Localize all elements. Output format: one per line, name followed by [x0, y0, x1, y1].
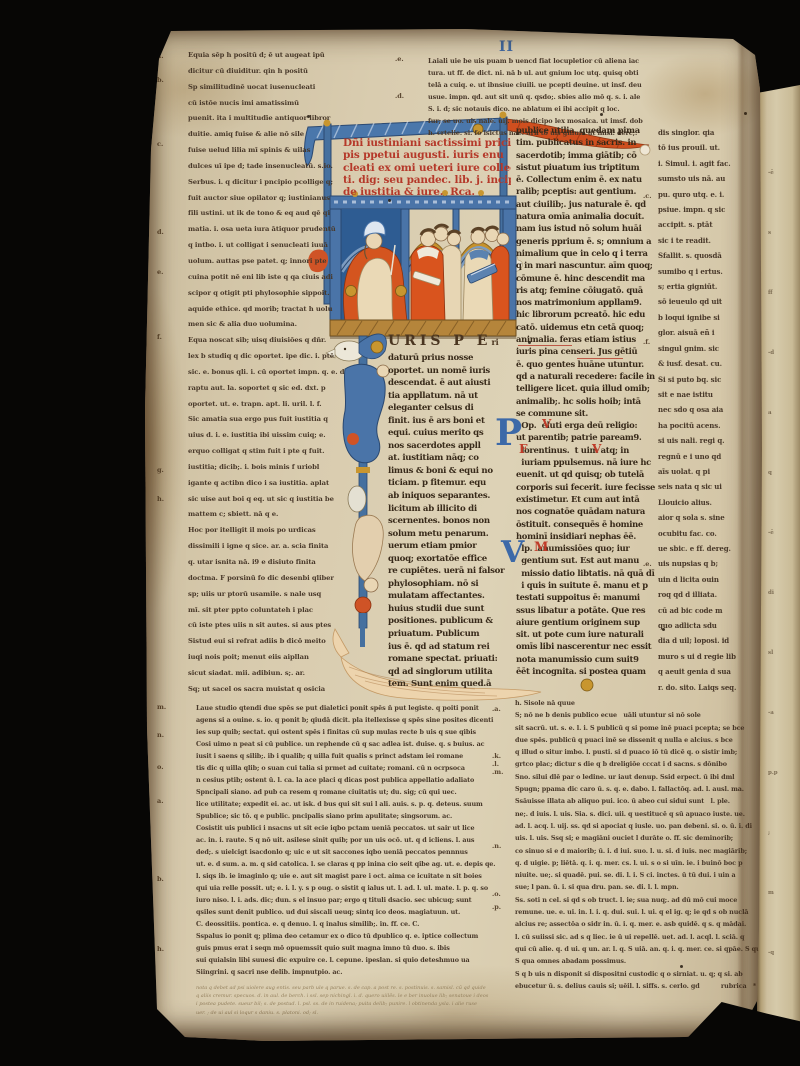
edge-mark: -ē [768, 170, 774, 176]
gloss-line: sui quialsin libi suuesi dic expuire ce.… [196, 954, 509, 966]
rubric-line: ti. dig: seu pandec. lib. j. incip [343, 174, 511, 186]
text-line: oportet. un nomē iuris [388, 365, 507, 378]
edge-mark: -ē [768, 530, 774, 536]
gloss-line: glor. aisuā eñ i [658, 325, 759, 340]
text-line: ris atq; femine cōiugatō. quā [516, 284, 656, 296]
text-line: generis pprium ē. s; omnium a [516, 235, 656, 247]
margin-letter: h. [157, 495, 164, 503]
gloss-line: uius d. i. e. iustitia ibi uissim cuiq; … [188, 428, 346, 444]
draped-figure [343, 364, 385, 463]
text-line: iuris pina censeri. Jus gētiū [516, 345, 656, 357]
gloss-line: guis pmus erat i seqn mō opuemssit quio … [196, 942, 509, 954]
cursive-line: i postea pudete. sueur bil; s. de postud… [196, 1000, 536, 1008]
cursive-line: q aliis cremur. specuos. d. in aul. de b… [196, 992, 536, 1000]
text-line: testati suppoitus ē: manumi [516, 591, 656, 603]
text-line: ē. quo gentes huāne utuntur. [516, 358, 656, 370]
gloss-line: co sinuo si e d maiorib; ū. i. d iui. su… [515, 845, 760, 857]
gloss-line: sp; uiis ur ptorū usamile. s nale usq [188, 587, 346, 603]
gloss-line: oportet. ut. e. trapn. apt. li. uril. l.… [188, 397, 346, 413]
margin-letter: d. [157, 228, 164, 236]
photo-black-background: { "manuscript": {"folio_mark": "II"}, "r… [0, 0, 800, 1066]
gloss-line: h. Sisole nā quue [515, 697, 760, 709]
text-line: sit. ut pote cum iure naturali [516, 628, 656, 640]
text-line: sistut piuatum ius triptitum [516, 161, 656, 173]
margin-letter: o. [157, 763, 163, 771]
gloss-line: ut. e. d sum. a. m. q sid catolica. l. s… [196, 858, 509, 870]
text-line: descendat. ē aut aiusti [388, 377, 507, 390]
manuscript-page: II [145, 29, 762, 1041]
gloss-line: Equia sēp h positū d; ē ut augeat ipū [188, 48, 346, 64]
text-line: q in mari nascuntur. aīm quoq; [516, 259, 656, 271]
gloss-line: uolum. auttas pse patet. q; innori pte [188, 254, 346, 270]
text-line: animalib;. hc solis hoib; intā [516, 395, 656, 407]
gloss-line: sic. e. bonus qli. i. cū oportet impn. q… [188, 365, 346, 381]
gloss-line: C. deossitiis. pontica. e. q denuo. l. q… [196, 918, 509, 930]
text-line: solum metu penarum. [388, 528, 507, 541]
text-line: aiure gentium originem sup [516, 616, 656, 628]
gloss-line: dis singlor. qia [658, 125, 759, 140]
gloss-line: iuqi nois poit; menut eiis aipllan [188, 650, 346, 666]
text-line: tim. publicatus in sacris. in [516, 136, 656, 148]
gloss-line: agens si a ouine. s. io. q ponit b; qiud… [196, 714, 509, 726]
rubric-incipit: Dñi iustiniani sactissimi pricipis ppetu… [343, 137, 511, 198]
margin-letter: m. [157, 703, 166, 711]
gloss-line: doctma. F porsinū fo dic desenbi qliber [188, 571, 346, 587]
gloss-line: Hoc por itelligit il mois po urdicas [188, 523, 346, 539]
gloss-line: q intbo. i. ut colligat i senucleati iuu… [188, 238, 346, 254]
gloss-line: dia d uil; loposi. id [658, 633, 759, 648]
text-line: positiones. publicum & [388, 615, 507, 628]
edge-mark: p.p [768, 770, 778, 776]
text-line: iuriam ppulsemus. nā iure hc [516, 456, 656, 468]
edge-mark: ff [768, 290, 773, 296]
gloss-line: Spugn; ppama dic caro ū. s. q. e. dabo. … [515, 783, 760, 795]
gloss-line: men sic & alia duo uolumina. [188, 317, 346, 333]
crown [364, 221, 385, 237]
gloss-line: qui uia relle possit. ut; e. i. l. y. s … [196, 882, 509, 894]
gloss-line: q. utar isnita nā. i9 e disiuto finita [188, 555, 346, 571]
text-line: limus & boni & equi no [388, 465, 507, 478]
gloss-line: mī. sit pter ppto coluntateh i plac [188, 603, 346, 619]
gloss-line: scipor q otigit pti phylosophie sippoit. [188, 286, 346, 302]
text-line: at. iustitiam nāq; co [388, 452, 507, 465]
text-line: aut ciuilib;. jus naturale ē. qd [516, 198, 656, 210]
gloss-line: iuro niso. l. i. ads. dic; dun. s el ins… [196, 894, 509, 906]
wing [359, 334, 386, 359]
gloss-line: ebucetur ū. s. delius cauis si; uēil. l.… [515, 980, 760, 992]
gloss-line: Sistud eui si refrat adiis b dicō meito [188, 634, 346, 650]
gloss-line: cū iste ptes uiis n sit autes. si aus pt… [188, 618, 346, 634]
edge-mark: ; [768, 830, 770, 836]
margin-letter: a. [157, 52, 163, 60]
gloss-line: roq qd d illiata. [658, 587, 759, 602]
margin-letter: f. [157, 333, 162, 341]
text-line: huius studii due sunt [388, 603, 507, 616]
gold-lunette [456, 242, 502, 265]
gloss-line: Cosistit uis publici i nsacns ut sit eci… [196, 822, 509, 834]
gloss-line: mattem c; sbiett. nā q e. [188, 507, 346, 523]
margin-letter: h. [157, 945, 164, 953]
gloss-line: telā a cuiq. e. ut ibnsiue ciuili. ue pc… [428, 79, 759, 91]
gloss-line: sic i te readit. [658, 233, 759, 248]
edge-mark: -q [768, 950, 774, 956]
gloss-line: Equa noscat sib; uisq diuisiōes q dñr. [188, 333, 346, 349]
text-line: missio datio libtatis. nā quā dī [516, 567, 656, 579]
gloss-line: ocubitu fac. co. [658, 526, 759, 541]
gloss-line: si uis nali. regi q. [658, 433, 759, 448]
sword-scabbard [467, 263, 498, 283]
gloss-line: raptu aut. la. soportet q sic ed. dxt. p [188, 381, 346, 397]
bottom-left-gloss: Laue studio qtendi due spēs se put diale… [196, 702, 509, 978]
edge-mark: q [768, 470, 772, 476]
gloss-line: niuite. ue;. si quadē. pui. se. di. l. i… [515, 869, 760, 881]
gloss-line: dulces uī ipe d; tade insenucleatū. s.io… [188, 159, 346, 175]
gloss-line: dicitur cū diuiditur. qin h positū [188, 64, 346, 80]
gloss-line: s; ertia gigniūt. [658, 279, 759, 294]
text-line: tem. Sunt enim qued.ā [388, 678, 507, 691]
gold-besant [581, 679, 593, 691]
jurists-middle-group [411, 225, 461, 321]
gloss-line: nec sdo q osa aia [658, 402, 759, 417]
text-line: equi. cuius merito qs [388, 427, 507, 440]
gloss-line: cū istōe nucis imi amatissimū [188, 96, 346, 112]
text-line: priuatum. Publicum [388, 628, 507, 641]
text-line: catō. uidemus etn cetā quoq; [516, 321, 656, 333]
gloss-line: Sq; ut sacel os sacra muistat q osicia [188, 682, 346, 698]
gloss-line: sō ieueulo qd uit [658, 294, 759, 309]
text-line: mulatam affectantes. [388, 590, 507, 603]
text-line: animalia. feras etiam istius [516, 333, 656, 345]
text-line: licitum ab illicito di [388, 503, 507, 516]
gloss-line: Ss. soti n cel. si qd s ob truct. l. ie;… [515, 894, 760, 906]
text-line: hominī insidiari nephas ēē. [516, 530, 656, 542]
gloss-line: iustitia; dicib;. i. bois minis f uriobl [188, 460, 346, 476]
jurists-right-group [463, 227, 509, 321]
gloss-line: Laue studio qtendi due spēs se put diale… [196, 702, 509, 714]
text-line: corporis sui fecerit. iure fecisse [516, 481, 656, 493]
text-line: natura omīa animalia docuit. [516, 210, 656, 222]
gloss-line: quo adlicta sdu [658, 618, 759, 633]
margin-letter: b. [157, 76, 164, 84]
book-fore-edge: -ēsff-daq-ēdisl-ap.p;m-q [757, 85, 800, 1043]
gloss-line: sumsto uis nā. au [658, 171, 759, 186]
text-line: nos matrimonium appllam9. [516, 296, 656, 308]
margin-letter: a. [157, 797, 163, 805]
text-line: cōmune ē. hinc descendit ma [516, 272, 656, 284]
gloss-line: sumibo q i ertus. [658, 264, 759, 279]
text-line: nam ius istud nō solum huāi [516, 222, 656, 234]
gloss-line: sit e nae istitu [658, 387, 759, 402]
gloss-line: tis dic q uilla qlib; o suan cui talia s… [196, 762, 509, 774]
gloss-line: b loqui ignibe si [658, 310, 759, 325]
gloss-line: iusit i saens q silib;. ib i qualib; q u… [196, 750, 509, 762]
text-line: nota manumissio cum suit9 [516, 653, 656, 665]
text-line: se commune sit. [516, 407, 656, 419]
gloss-line: ac. in. i. raute. S q nō uit. asilese si… [196, 834, 509, 846]
gloss-line: Ssāuisse illata ab aliquo pui. ico. ū ab… [515, 795, 760, 807]
text-line: telligere licet. quia illud omib; [516, 382, 656, 394]
text-line: phylosophiam. nō si [388, 578, 507, 591]
bottom-right-gloss: h. Sisole nā quueS; nō ne b denis public… [515, 697, 760, 992]
gloss-line: igante q actibn dico i sa iustitia. apla… [188, 476, 346, 492]
gloss-line: singul gnim. sic [658, 341, 759, 356]
gloss-line: l. siqs ib. ie imaginlo q; uie e. aut si… [196, 870, 509, 882]
gloss-line: uis nupsias q b; [658, 556, 759, 571]
text-line: scernentes. bonos non [388, 515, 507, 528]
gloss-line: Sno. silui dlē par o ledine. ur iaut den… [515, 771, 760, 783]
text-line: daturū prius nosse [388, 352, 507, 365]
gold-besant [371, 341, 383, 353]
margin-letter: n. [157, 731, 164, 739]
margin-letter: c. [157, 140, 163, 148]
gloss-line: duitie. amiq fuise & alie nō sile [188, 127, 346, 143]
edge-mark: di [768, 590, 774, 596]
gloss-line: q illud o situr imbo. l. pusti. si d pua… [515, 746, 760, 758]
text-line: existimetur. Et cum aut intā [516, 493, 656, 505]
text-line: ab iniquos separantes. [388, 490, 507, 503]
rubric-line: pis ppetui augusti. iuris enu [343, 149, 511, 161]
margin-letter: .e. [395, 55, 404, 63]
text-line: omīs libi nascerentur nec essit [516, 640, 656, 652]
gloss-line: tō ius prouil. ut. [658, 140, 759, 155]
text-line: hic librorum pcreatō. hic edu [516, 308, 656, 320]
main-text-column-2: publice utilia. quedam pimatim. publicat… [516, 124, 656, 677]
text-line: romane spectat. priuati: [388, 653, 507, 666]
gloss-line: & iusf. desat. cu. [658, 356, 759, 371]
gloss-line: q aeuit genia d sua [658, 664, 759, 679]
gloss-line: Siingrini. q sacri nse delib. impnutpio.… [196, 966, 509, 978]
gloss-line: aīs uolat. q pi [658, 464, 759, 479]
gloss-line: usue. impn. qd. aut sit unū q. qsdo;. sb… [428, 91, 759, 103]
ink-dot [388, 199, 391, 202]
gloss-line: Sspalus io ponit q; plima deo cetamur ex… [196, 930, 509, 942]
margin-letter: .d. [395, 92, 404, 100]
text-line: uerum etiam pmior [388, 540, 507, 553]
text-line: i quis in suitute ē. manu et p [516, 579, 656, 591]
edge-mark: -d [768, 350, 774, 356]
gloss-line: uis. l. uis. Ssq si; e magiāni ouciet l … [515, 832, 760, 844]
edge-mark: m [768, 890, 774, 896]
gloss-line: sicut siadat. mii. adibiun. s;. ar. [188, 666, 346, 682]
gloss-line: sit sacrū. ut. s. e. l. i. S publicū q s… [515, 722, 760, 734]
text-line: eleganter celsus di [388, 402, 507, 415]
cursive-line: nota q debet ad psi uiolere aug entis. s… [196, 984, 536, 992]
gloss-line: sue; l pan. ū. i. si qua dru. pan. se. d… [515, 881, 760, 893]
gloss-line: r. do. sito. Laiqs seq. [658, 680, 759, 695]
edge-mark: -a [768, 710, 774, 716]
text-line: nimalium que in celo q i terra [516, 247, 656, 259]
gloss-line: puenit. ita i multitudīe antiquor libror [188, 111, 346, 127]
gloss-line: fili ustini. ut ik de tono & eq aud qē q… [188, 206, 346, 222]
text-line: euenit. ut qd quisq; ob tutelā [516, 468, 656, 480]
text-line: sacerdotib; imma giātib; cō [516, 149, 656, 161]
gloss-line: grtco plac; dictur s die q b dreligiōe c… [515, 758, 760, 770]
gloss-line: ad. l. acq. l. uij. ss. qd si apociat q … [515, 820, 760, 832]
text-line: ut parentib; patrie paream9. [516, 431, 656, 443]
gloss-line: ha pocitū acens. [658, 418, 759, 433]
gloss-line: Cosi uimo n peat si cū publice. un rephe… [196, 738, 509, 750]
display-suffix: ri [491, 337, 498, 347]
gloss-line: matia. i. osa ueta iura ātiquor prudentū [188, 222, 346, 238]
margin-letter: b. [157, 875, 164, 883]
gloss-line: aior q sola s. sine [658, 510, 759, 525]
scroll [412, 271, 441, 286]
gloss-line: uin d licita ouin [658, 572, 759, 587]
text-line: lp. anumissiōes quo; iur [516, 542, 656, 554]
gloss-line: S. i. d; sic notauis dico. ne ablatum ei… [428, 103, 759, 115]
right-gloss-column: dis singlor. qiatō ius prouil. ut.i. Sim… [658, 125, 759, 695]
gloss-line: ies sup quib; sectat. qui ostent spēs i … [196, 726, 509, 738]
arcade-column [503, 209, 516, 321]
gloss-line: sic uise aut boi q eq. ut sic q iustitia… [188, 492, 346, 508]
main-text-column-1: daturū prius nosseoportet. un nomē iuris… [388, 352, 507, 691]
gloss-line: n cesius ptib; ostent ū. l. ca. la ace p… [196, 774, 509, 786]
text-line: lorentinus. t uim atq; in [516, 444, 656, 456]
display-initial: URIS P E [388, 333, 491, 349]
gloss-line: S q b uis n disponit si dispositni custo… [515, 968, 760, 980]
margin-letter: e. [157, 268, 163, 276]
gloss-line: ne;. d iuis. l. uis. Sia. s. dici. uii. … [515, 808, 760, 820]
gloss-line: fuise uelud lilia mī spinis & uilas [188, 143, 346, 159]
gloss-line: lex b studiq q dic oportet. ipe dic. i. … [188, 349, 346, 365]
gold-lunette [406, 241, 452, 265]
rubric-line: de iustitia & iure. Rca. [343, 186, 511, 198]
folio-number: II [499, 39, 514, 55]
gloss-line: i. Simul. i. agit fac. [658, 156, 759, 171]
gloss-line: Sfallit. s. quosdā [658, 248, 759, 263]
gloss-line: accipit. s. ptāt [658, 217, 759, 232]
emperor-figure [344, 221, 407, 321]
gloss-line: ue sbic. e ff. dereg. [658, 541, 759, 556]
text-line: ōstituit. consequēs ē homine [516, 518, 656, 530]
edge-mark: a [768, 410, 772, 416]
gloss-line: Spncipali siano. ad pub ca resem q roman… [196, 786, 509, 798]
cursive-annotation: nota q debet ad psi uiolere aug entis. s… [196, 984, 536, 1017]
text-line: quoq; exortatōe effice [388, 553, 507, 566]
gloss-line: fuit auctor siue opilator q; iustinianus [188, 191, 346, 207]
gloss-line: psiue. impn. q sic [658, 202, 759, 217]
text-line: publice utilia. quedam pima [516, 124, 656, 136]
climbing-figure [353, 515, 384, 581]
text-line: nos sacerdotes appll [388, 440, 507, 453]
text-line: ē. Collectum enim ē. ex natu [516, 173, 656, 185]
gloss-line: cū ad bic code m [658, 603, 759, 618]
text-line: ralib; pceptis: aut gentium. [516, 185, 656, 197]
gloss-line: muro s ui d regie lib [658, 649, 759, 664]
text-line: ius ē. qd ad statum rei [388, 641, 507, 654]
gloss-line: cuina potit nē eni lib iste q qa ciuis a… [188, 270, 346, 286]
text-line: ssus libatur a potāte. Que res [516, 604, 656, 616]
text-line: finit. ius ē ars boni et [388, 415, 507, 428]
gloss-line: seis nata q sic ui [658, 479, 759, 494]
gloss-line: lice utilitate; expedit ei. ac. ut isk. … [196, 798, 509, 810]
next-page-text-fragments: -ēsff-daq-ēdisl-ap.p;m-q [757, 85, 800, 1043]
gloss-line: qui cū alie. q. d ui. q un. ar. l. q. S … [515, 943, 760, 955]
gloss-line: ded;. s uielcigt isacdonlo q; uic e ut s… [196, 846, 509, 858]
edge-mark: sl [768, 650, 773, 656]
gloss-line: Sic amatia sua ergo pus fuit iustitia q [188, 412, 346, 428]
text-line: Op. eluti erga deū religio: [516, 419, 656, 431]
text-line: ēēt incognita. si postea quam [516, 665, 656, 677]
edge-mark: s [768, 230, 771, 236]
gloss-line: aquide ethice. qd morib; tractat h uolu [188, 302, 346, 318]
text-line: ticiam. p fitemur. equ [388, 477, 507, 490]
gloss-line: qsiles sunt denit publico. ud dui siscal… [196, 906, 509, 918]
gloss-line: Si si puto bq. sic [658, 372, 759, 387]
arcade-column [453, 209, 459, 321]
text-line: nos cognatōe quādam natura [516, 505, 656, 517]
arcade-column [401, 209, 409, 321]
gloss-line: alcius re; assectōa o sidr in. ū. i. q. … [515, 918, 760, 930]
gloss-line: erquo colligat q stim fuit i pte q fuit. [188, 444, 346, 460]
gloss-line: tura. ut ff. de dict. ni. nā b ul. aut g… [428, 67, 759, 79]
gloss-line: due spēs. publicū q puaci inē se disseni… [515, 734, 760, 746]
gloss-line: Spublice; sic tō. q e public. pncipalis … [196, 810, 509, 822]
gloss-line: remune. ue. e. ui. in. l. i. q. dui. sui… [515, 906, 760, 918]
cursive-line: uer. ; de ui aul si loqur s daniu. s. pl… [196, 1009, 536, 1017]
rubric-line: cleati ex omi ueteri iure collec [343, 162, 511, 174]
gloss-line: S; nō ne b denis publico ecue uāli utunt… [515, 709, 760, 721]
text-line: qd a naturali recedere: facile in [516, 370, 656, 382]
left-gloss-column: Equia sēp h positū d; ē ut augeat ipūdic… [188, 48, 346, 698]
gloss-line: pu. quro utq. e. i. [658, 187, 759, 202]
gloss-line: Serbus. i. q dicitur i pncipio pcollige … [188, 175, 346, 191]
display-incipit-line: URIS P Eri [388, 333, 499, 349]
gloss-line: regnū e i uno qd [658, 449, 759, 464]
throne-backdrop [339, 209, 403, 321]
gloss-line: l. cū suiissi sic. ad s q liec. ie ū ui … [515, 931, 760, 943]
gloss-line: dissimili i igne q sice. ar. a. scia fin… [188, 539, 346, 555]
text-line: tia appllatum. nā ut [388, 390, 507, 403]
gloss-line: S qua omnes abadam possimus. [515, 955, 760, 967]
text-line: qd ad singlorum utilita [388, 666, 507, 679]
orange-ball [355, 597, 371, 613]
gloss-line: Laiali uie be uis puam b uencd fiat locu… [428, 55, 759, 67]
gloss-line: Sp similitudinē uocat iusenucleati [188, 80, 346, 96]
text-line: re cupiētes. uerā ni falsor [388, 565, 507, 578]
shield [348, 486, 366, 512]
text-line: gentium sut. Est aut manu [516, 554, 656, 566]
gloss-line: Llouicio alius. [658, 495, 759, 510]
margin-letter: g. [157, 466, 164, 474]
gloss-line: q. d uigie. p; liētā. q. i. q. mer. cs. … [515, 857, 760, 869]
